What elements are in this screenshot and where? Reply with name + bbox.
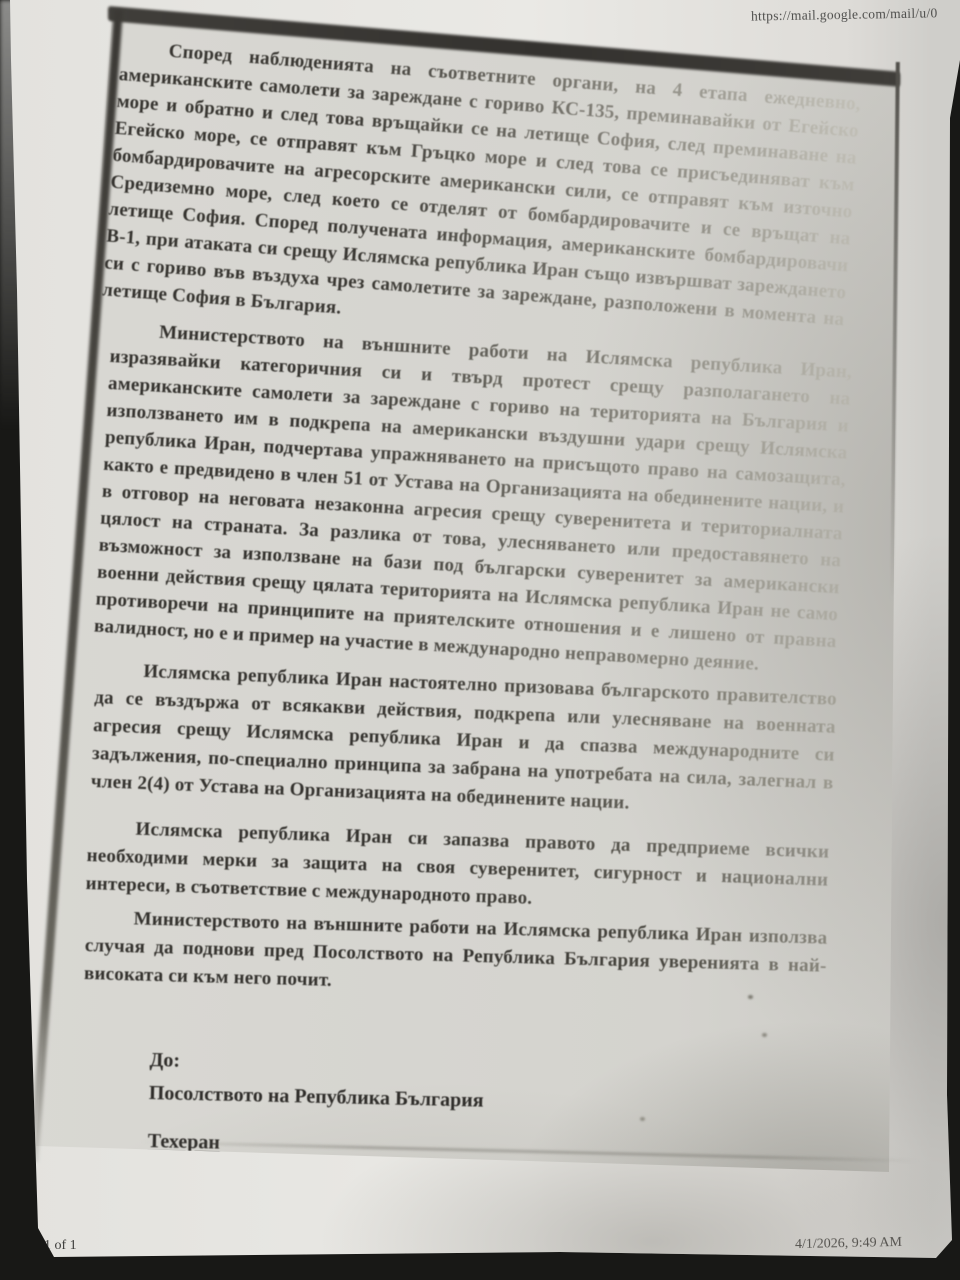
document-paragraph: Според наблюденията на съответните орган…	[101, 34, 862, 360]
document-body: Според наблюденията на съответните орган…	[0, 0, 960, 1158]
address-block: До: Посолството на Република България Те…	[147, 1044, 959, 1176]
scanned-document: Според наблюденията на съответните орган…	[0, 0, 960, 1280]
page-count: 1 of 1	[44, 1238, 77, 1254]
paper-speck	[748, 995, 753, 999]
page-header-url: https://mail.google.com/mail/u/0	[751, 5, 938, 24]
print-timestamp: 4/1/2026, 9:49 AM	[795, 1235, 902, 1253]
printed-page: https://mail.google.com/mail/u/0 Според …	[0, 0, 960, 1280]
document-paragraph: Ислямска република Иран настоятелно приз…	[90, 656, 837, 826]
document-paragraph: Министерството на външните работи на Исл…	[93, 316, 852, 682]
document-paragraph: Министерството на външните работи на Исл…	[84, 904, 828, 1009]
